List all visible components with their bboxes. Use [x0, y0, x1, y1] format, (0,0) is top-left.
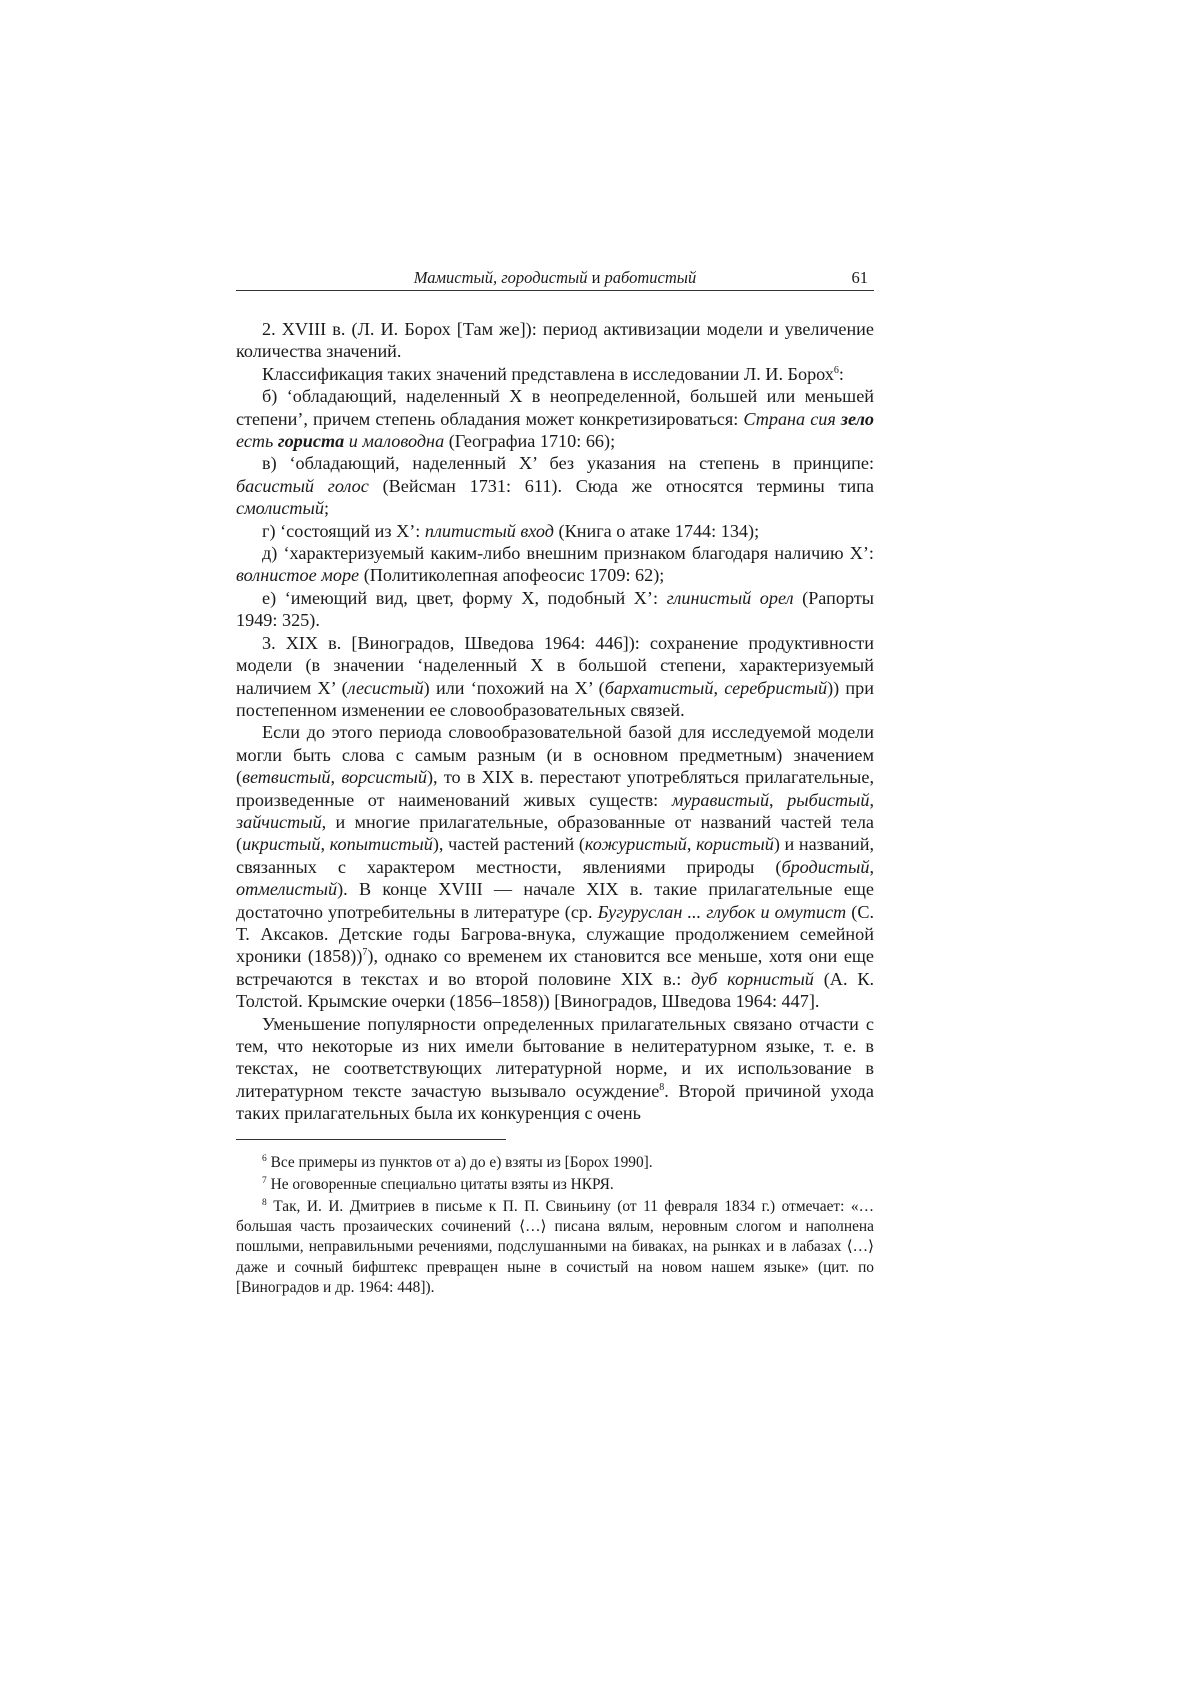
example-text: муравистый — [672, 790, 769, 810]
source-citation: (Книга о атаке 1744: 134); — [554, 521, 759, 541]
footnote-7: 7 Не оговоренные специально цитаты взяты… — [236, 1175, 874, 1195]
example-text: смолистый — [236, 498, 324, 518]
paragraph-text: ; — [324, 498, 329, 518]
paragraph-text: 2. XVIII в. (Л. И. Борох [Там же]): пери… — [236, 319, 874, 361]
footnote-text: Не оговоренные специально цитаты взяты и… — [267, 1176, 614, 1193]
footnotes: 6 Все примеры из пунктов от а) до е) взя… — [236, 1153, 874, 1298]
example-text: отмелистый — [236, 879, 337, 899]
paragraph-popularity-decline: Уменьшение популярности определенных при… — [236, 1013, 874, 1125]
example-text: волнистое море — [236, 565, 359, 585]
paragraph-text: ) или ‘похожий на X’ ( — [424, 678, 605, 698]
example-text: дуб корнистый — [691, 969, 814, 989]
list-item-b: б) ‘обладающий, наделенный X в неопредел… — [236, 385, 874, 452]
paragraph-text: (Вейсман 1731: 611). Сюда же относятся т… — [369, 476, 874, 496]
example-text: зайчистый — [236, 812, 322, 832]
example-text: бархатистый — [605, 678, 714, 698]
example-text: глинистый орел — [667, 588, 794, 608]
example-text: плитистый вход — [425, 521, 554, 541]
list-item-v: в) ‘обладающий, наделенный X’ без указан… — [236, 452, 874, 519]
example-text: копытистый — [330, 834, 433, 854]
running-title-part2: работистый — [605, 268, 697, 287]
footnote-8: 8 Так, И. И. Дмитриев в письме к П. П. С… — [236, 1197, 874, 1298]
paragraph-period-19c: 3. XIX в. [Виноградов, Шведова 1964: 446… — [236, 632, 874, 722]
list-item-d: д) ‘характеризуемый каким-либо внешним п… — [236, 542, 874, 587]
source-citation: (Географиа 1710: 66); — [444, 431, 615, 451]
example-emphasis: гориста — [278, 431, 344, 451]
example-text: ветвистый — [242, 767, 330, 787]
definition-text: г) ‘состоящий из X’: — [262, 521, 425, 541]
paragraph-text: : — [839, 364, 844, 384]
running-title: Мамистый, городистый и работистый — [236, 268, 874, 288]
example-text: кожуристый — [585, 834, 687, 854]
source-citation: (Политиколепная апофеосис 1709: 62); — [359, 565, 664, 585]
definition-text: е) ‘имеющий вид, цвет, форму X, подобный… — [262, 588, 667, 608]
example-text: лесистый — [348, 678, 424, 698]
footnote-text: Все примеры из пунктов от а) до е) взяты… — [267, 1154, 653, 1171]
example-text: басистый голос — [236, 476, 369, 496]
example-text: бродистый — [781, 857, 869, 877]
footnote-text: Так, И. И. Дмитриев в письме к П. П. Сви… — [236, 1198, 874, 1296]
example-text: ворсистый — [341, 767, 427, 787]
example-text: користый — [696, 834, 774, 854]
list-item-g: г) ‘состоящий из X’: плитистый вход (Кни… — [236, 520, 874, 542]
definition-text: в) ‘обладающий, наделенный X’ без указан… — [262, 453, 874, 473]
example-text: Страна сия — [743, 409, 841, 429]
book-page: Мамистый, городистый и работистый 61 2. … — [236, 268, 874, 1298]
paragraph-text: Классификация таких значений представлен… — [262, 364, 834, 384]
footnote-divider — [236, 1139, 506, 1140]
list-item-e: е) ‘имеющий вид, цвет, форму X, подобный… — [236, 587, 874, 632]
example-text: есть — [236, 431, 278, 451]
example-text: рыбистый — [787, 790, 869, 810]
definition-text: д) ‘характеризуемый каким-либо внешним п… — [262, 543, 874, 563]
main-text: 2. XVIII в. (Л. И. Борох [Там же]): пери… — [236, 318, 874, 1125]
running-header: Мамистый, городистый и работистый 61 — [236, 268, 874, 291]
example-text: серебристый — [724, 678, 827, 698]
footnote-6: 6 Все примеры из пунктов от а) до е) взя… — [236, 1153, 874, 1173]
example-text: и маловодна — [344, 431, 444, 451]
paragraph-period-18c: 2. XVIII в. (Л. И. Борох [Там же]): пери… — [236, 318, 874, 363]
running-title-part1: Мамистый, городистый — [414, 268, 588, 287]
running-title-conjunction: и — [587, 268, 604, 287]
page-number: 61 — [852, 268, 869, 288]
example-emphasis: зело — [841, 409, 874, 429]
example-text: Бугуруслан ... глубок и омутист — [598, 902, 847, 922]
example-text: икристый — [242, 834, 320, 854]
paragraph-word-formation-base: Если до этого периода словообразовательн… — [236, 721, 874, 1012]
paragraph-classification: Классификация таких значений представлен… — [236, 363, 874, 385]
